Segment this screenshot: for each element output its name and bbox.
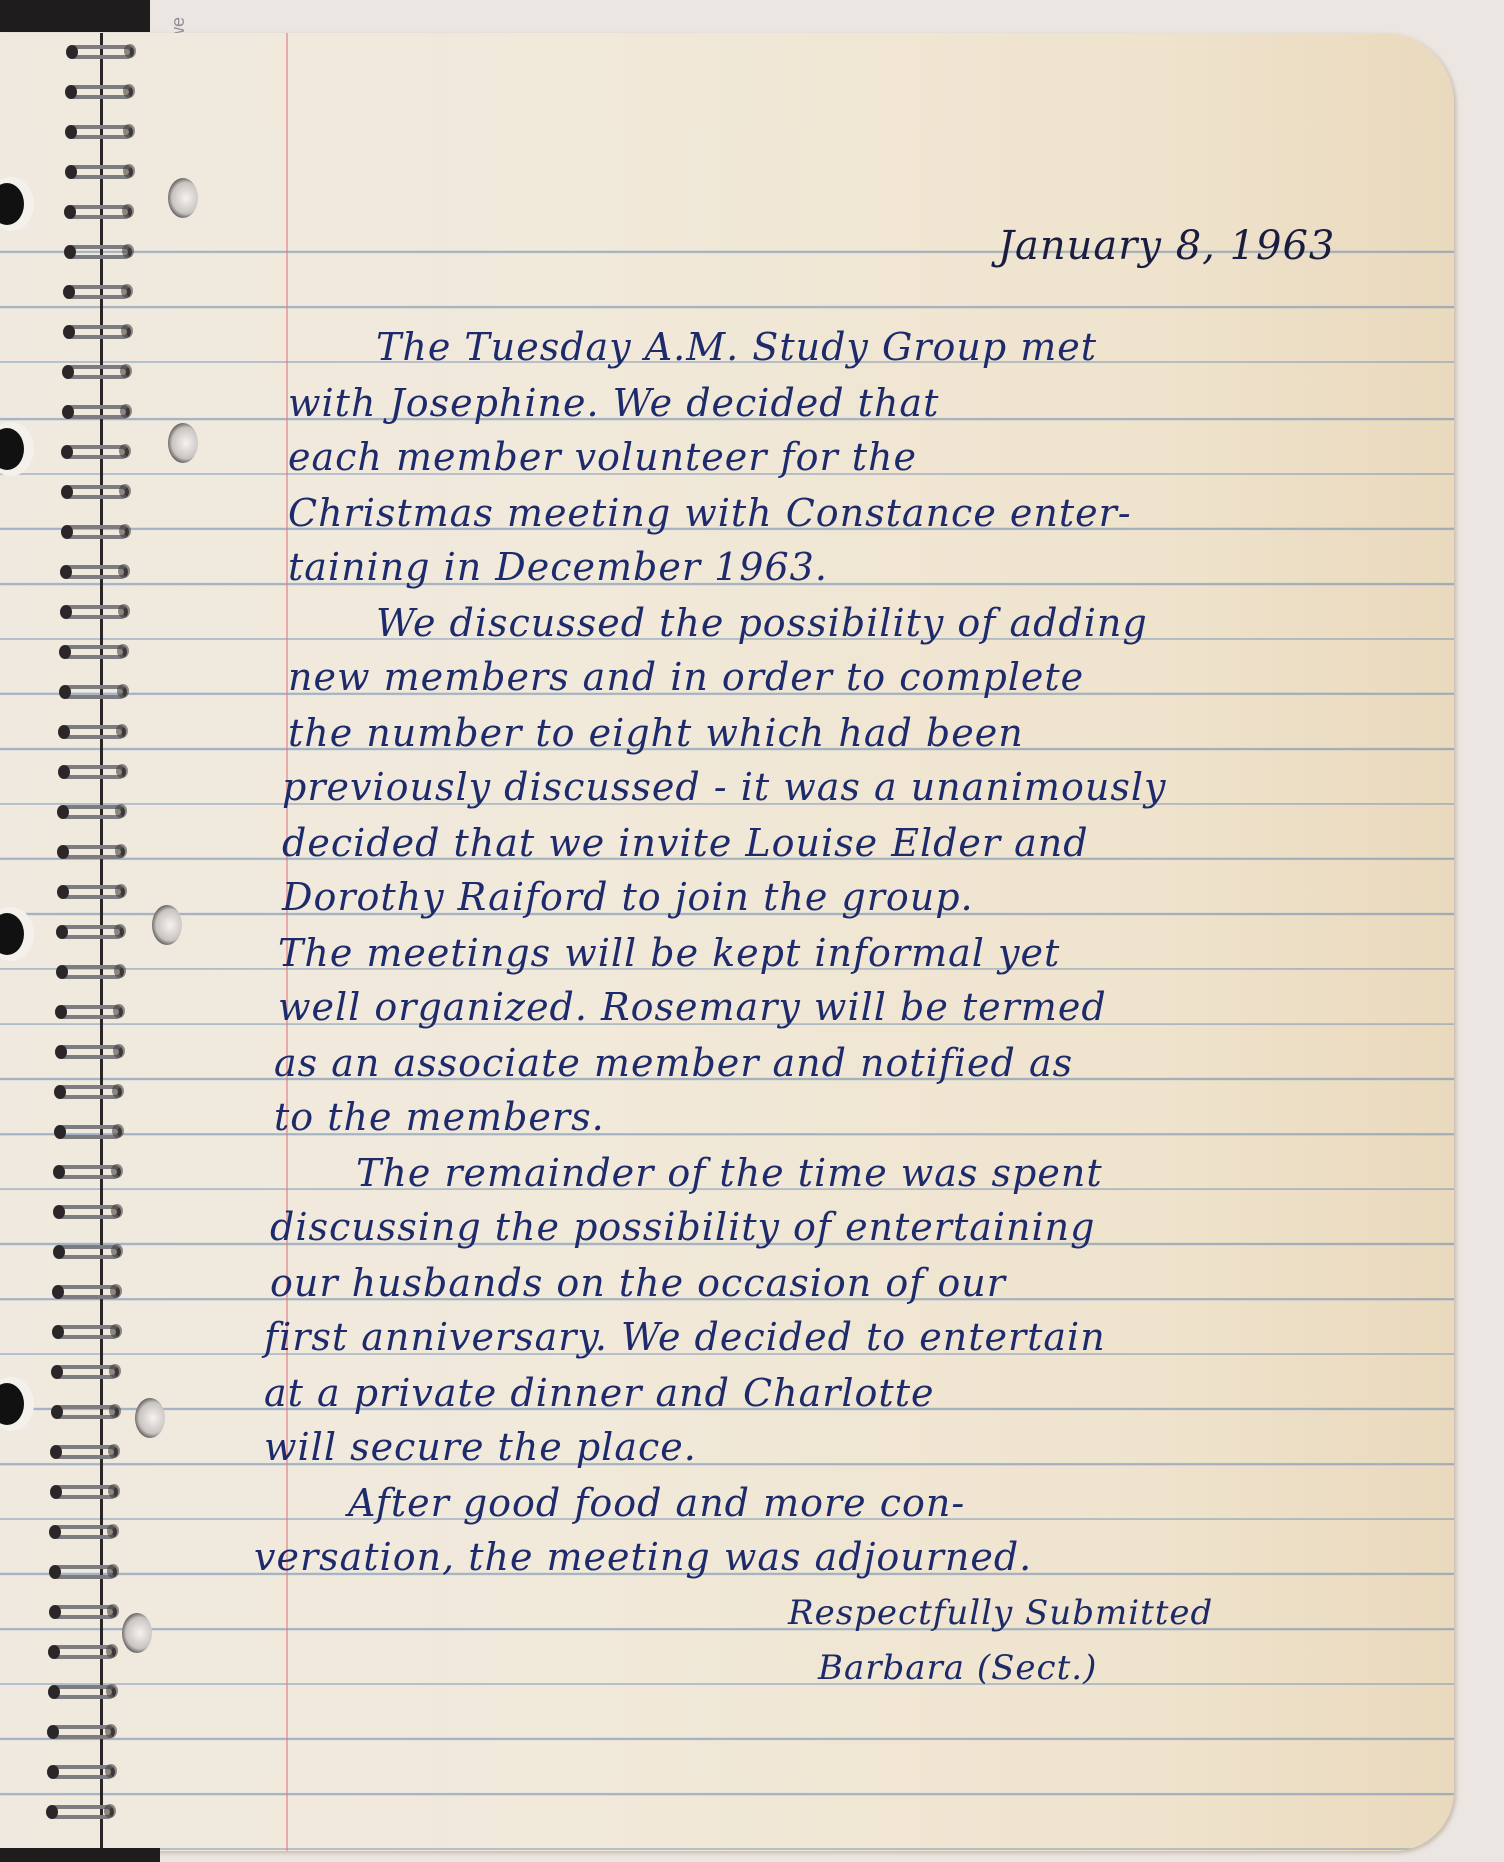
spiral-ring-icon [50,1645,116,1659]
spiral-ring-icon [65,285,131,299]
text-line: versation, the meeting was adjourned. [254,1535,1032,1579]
spiral-ring-icon [67,85,133,99]
text-line: discussing the possibility of entertaini… [270,1205,1095,1249]
spiral-ring-icon [58,965,124,979]
text-line: decided that we invite Louise Elder and [282,821,1089,865]
text-line: Christmas meeting with Constance enter- [288,491,1132,535]
spiral-ring-icon [68,45,134,59]
spiral-ring-icon [62,565,128,579]
spiral-ring-icon [61,645,127,659]
spiral-ring-icon [59,885,125,899]
spiral-ring-icon [61,685,127,699]
punch-hole-icon [122,1613,152,1653]
text-line: each member volunteer for the [288,435,917,479]
text-line: previously discussed - it was a unanimou… [282,765,1166,809]
punch-hole-icon [135,1398,165,1438]
spiral-ring-icon [56,1125,122,1139]
text-line: will secure the place. [264,1425,697,1469]
text-line: taining in December 1963. [288,545,828,589]
text-line: at a private dinner and Charlotte [264,1371,934,1415]
text-line: We discussed the possibility of adding [376,601,1148,645]
text-line: The Tuesday A.M. Study Group met [376,325,1097,369]
entry-date: January 8, 1963 [998,223,1335,269]
spiral-ring-icon [49,1725,115,1739]
spiral-ring-icon [55,1165,121,1179]
spiral-ring-icon [51,1525,117,1539]
text-line: well organized. Rosemary will be termed [278,985,1107,1029]
spiral-ring-icon [53,1365,119,1379]
spiral-ring-icon [50,1685,116,1699]
signature: Barbara (Sect.) [818,1648,1097,1688]
text-line: new members and in order to complete [288,655,1084,699]
text-line: first anniversary. We decided to enterta… [264,1315,1106,1359]
notebook-cover-top [0,0,150,32]
closing-text: Respectfully Submitted [788,1593,1213,1633]
spiral-ring-icon [59,845,125,859]
spiral-ring-icon [66,245,132,259]
text-line: After good food and more con- [348,1481,965,1525]
spiral-ring-icon [60,725,126,739]
spiral-ring-icon [67,165,133,179]
spiral-ring-icon [58,925,124,939]
text-line: to the members. [274,1095,605,1139]
spiral-ring-icon [51,1565,117,1579]
punch-hole-icon [168,178,198,218]
text-line: the number to eight which had been [288,711,1024,755]
spiral-ring-icon [48,1805,114,1819]
spiral-ring-icon [57,1005,123,1019]
spiral-ring-icon [60,765,126,779]
spiral-ring-icon [63,445,129,459]
spiral-ring-icon [54,1285,120,1299]
spiral-ring-icon [56,1085,122,1099]
spiral-ring-icon [67,125,133,139]
notebook-page: January 8, 1963 The Tuesday A.M. Study G… [0,33,1454,1851]
spiral-ring-icon [55,1245,121,1259]
text-line: The remainder of the time was spent [356,1151,1103,1195]
spiral-ring-icon [66,205,132,219]
spiral-ring-icon [63,525,129,539]
notebook-cover-bottom [0,1848,160,1862]
spiral-ring-icon [55,1205,121,1219]
spiral-ring-icon [57,1045,123,1059]
spiral-ring-icon [54,1325,120,1339]
text-line: with Josephine. We decided that [288,381,939,425]
spiral-ring-icon [49,1765,115,1779]
text-line: Dorothy Raiford to join the group. [282,875,974,919]
punch-hole-icon [168,423,198,463]
spiral-ring-icon [64,405,130,419]
spiral-ring-icon [52,1445,118,1459]
spiral-ring-icon [62,605,128,619]
spiral-ring-icon [63,485,129,499]
text-line: our husbands on the occasion of our [270,1261,1006,1305]
spiral-ring-icon [64,365,130,379]
spiral-ring-icon [59,805,125,819]
spiral-ring-icon [53,1405,119,1419]
text-line: The meetings will be kept informal yet [278,931,1060,975]
punch-hole-icon [152,905,182,945]
spiral-ring-icon [52,1485,118,1499]
spiral-ring-icon [51,1605,117,1619]
spiral-ring-icon [65,325,131,339]
text-line: as an associate member and notified as [274,1041,1073,1085]
